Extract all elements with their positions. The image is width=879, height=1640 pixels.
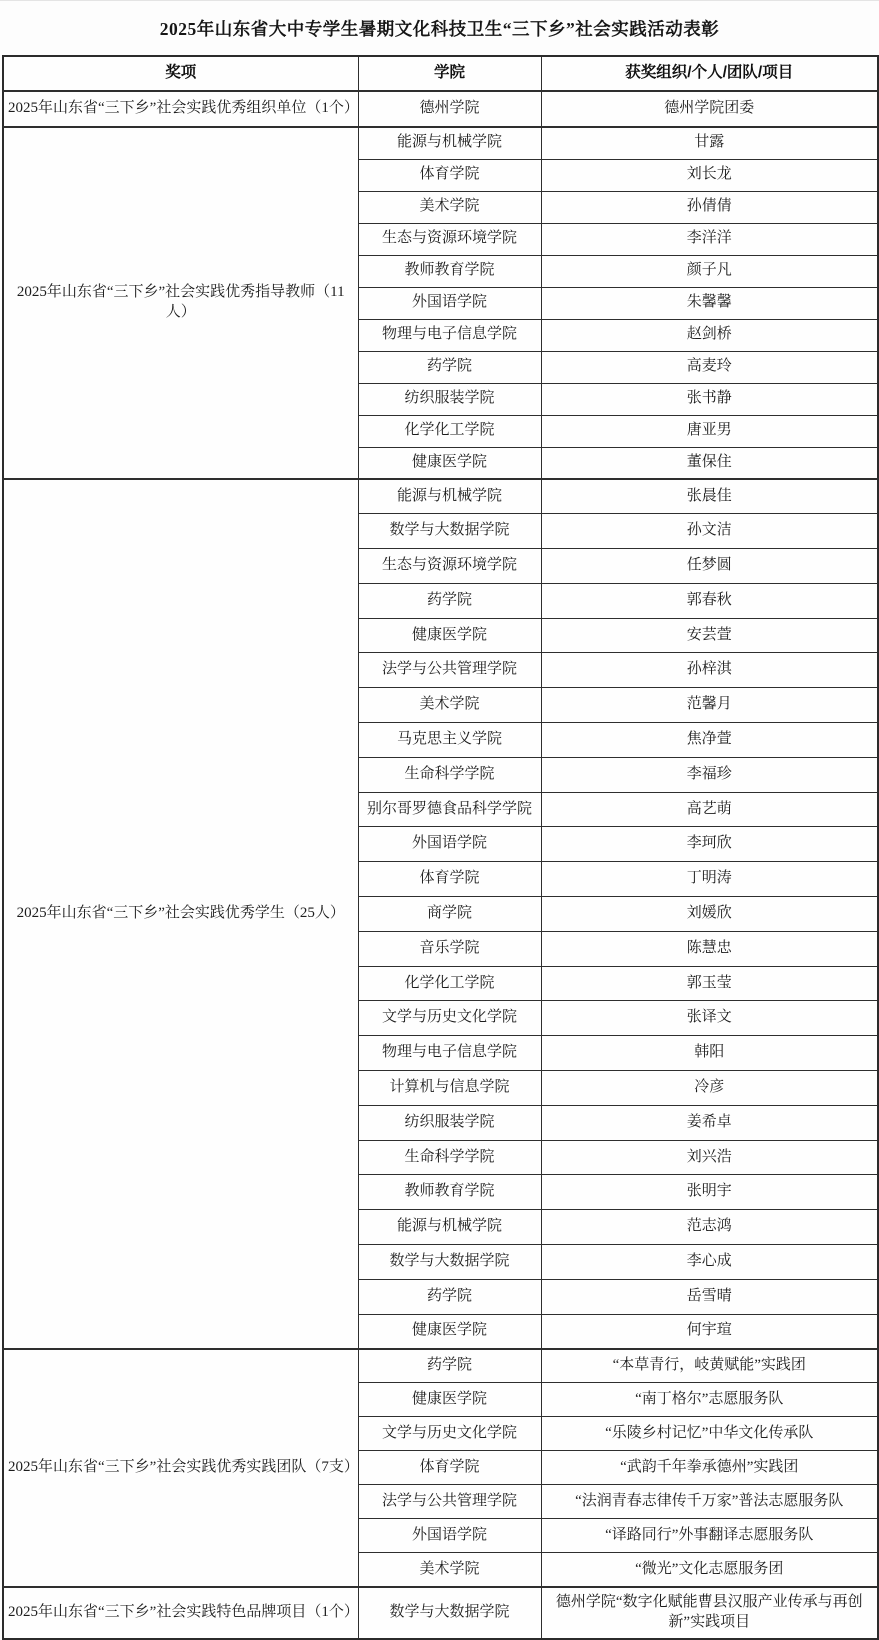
winner-cell: 张书静 bbox=[541, 383, 878, 415]
award-cell: 2025年山东省“三下乡”社会实践优秀实践团队（7支） bbox=[3, 1349, 358, 1587]
winner-cell: “南丁格尔”志愿服务队 bbox=[541, 1383, 878, 1417]
college-cell: 计算机与信息学院 bbox=[358, 1071, 541, 1106]
college-cell: 纺织服装学院 bbox=[358, 383, 541, 415]
college-cell: 药学院 bbox=[358, 1279, 541, 1314]
winner-cell: 唐亚男 bbox=[541, 415, 878, 447]
winner-cell: 郭春秋 bbox=[541, 583, 878, 618]
winner-cell: 颜子凡 bbox=[541, 255, 878, 287]
college-cell: 物理与电子信息学院 bbox=[358, 319, 541, 351]
college-cell: 药学院 bbox=[358, 351, 541, 383]
winner-cell: 韩阳 bbox=[541, 1036, 878, 1071]
college-cell: 健康医学院 bbox=[358, 618, 541, 653]
winner-cell: 德州学院团委 bbox=[541, 91, 878, 127]
winner-cell: “武韵千年拳承德州”实践团 bbox=[541, 1451, 878, 1485]
winner-cell: 郭玉莹 bbox=[541, 966, 878, 1001]
winner-cell: 何宇瑄 bbox=[541, 1314, 878, 1349]
header-winner: 获奖组织/个人/团队/项目 bbox=[541, 56, 878, 91]
college-cell: 音乐学院 bbox=[358, 931, 541, 966]
college-cell: 美术学院 bbox=[358, 688, 541, 723]
table-row: 2025年山东省“三下乡”社会实践优秀学生（25人）能源与机械学院张晨佳 bbox=[3, 479, 878, 514]
college-cell: 法学与公共管理学院 bbox=[358, 653, 541, 688]
winner-cell: 岳雪晴 bbox=[541, 1279, 878, 1314]
winner-cell: 刘媛欣 bbox=[541, 897, 878, 932]
college-cell: 商学院 bbox=[358, 897, 541, 932]
awards-document: 2025年山东省大中专学生暑期文化科技卫生“三下乡”社会实践活动表彰 奖项 学院… bbox=[0, 0, 879, 1640]
college-cell: 生态与资源环境学院 bbox=[358, 549, 541, 584]
college-cell: 美术学院 bbox=[358, 1553, 541, 1587]
winner-cell: 高麦玲 bbox=[541, 351, 878, 383]
awards-table: 奖项 学院 获奖组织/个人/团队/项目 2025年山东省“三下乡”社会实践优秀组… bbox=[2, 55, 879, 1640]
college-cell: 外国语学院 bbox=[358, 1519, 541, 1553]
winner-cell: 丁明涛 bbox=[541, 862, 878, 897]
college-cell: 教师教育学院 bbox=[358, 255, 541, 287]
table-row: 2025年山东省“三下乡”社会实践优秀指导教师（11人）能源与机械学院甘露 bbox=[3, 127, 878, 159]
college-cell: 教师教育学院 bbox=[358, 1175, 541, 1210]
winner-cell: 刘长龙 bbox=[541, 159, 878, 191]
winner-cell: “微光”文化志愿服务团 bbox=[541, 1553, 878, 1587]
winner-cell: 赵剑桥 bbox=[541, 319, 878, 351]
winner-cell: 孙倩倩 bbox=[541, 191, 878, 223]
college-cell: 健康医学院 bbox=[358, 1383, 541, 1417]
college-cell: 体育学院 bbox=[358, 159, 541, 191]
table-row: 2025年山东省“三下乡”社会实践特色品牌项目（1个）数学与大数据学院德州学院“… bbox=[3, 1587, 878, 1639]
college-cell: 能源与机械学院 bbox=[358, 127, 541, 159]
winner-cell: 李洋洋 bbox=[541, 223, 878, 255]
college-cell: 体育学院 bbox=[358, 862, 541, 897]
winner-cell: 冷彦 bbox=[541, 1071, 878, 1106]
winner-cell: 李珂欣 bbox=[541, 827, 878, 862]
winner-cell: “译路同行”外事翻译志愿服务队 bbox=[541, 1519, 878, 1553]
college-cell: 生命科学学院 bbox=[358, 1140, 541, 1175]
award-cell: 2025年山东省“三下乡”社会实践优秀学生（25人） bbox=[3, 479, 358, 1349]
winner-cell: 姜希卓 bbox=[541, 1105, 878, 1140]
winner-cell: 李福珍 bbox=[541, 757, 878, 792]
winner-cell: 陈慧忠 bbox=[541, 931, 878, 966]
winner-cell: 张晨佳 bbox=[541, 479, 878, 514]
college-cell: 能源与机械学院 bbox=[358, 1210, 541, 1245]
college-cell: 体育学院 bbox=[358, 1451, 541, 1485]
winner-cell: 董保住 bbox=[541, 447, 878, 479]
table-row: 2025年山东省“三下乡”社会实践优秀实践团队（7支）药学院“本草青行，岐黄赋能… bbox=[3, 1349, 878, 1383]
college-cell: 数学与大数据学院 bbox=[358, 1245, 541, 1280]
college-cell: 马克思主义学院 bbox=[358, 723, 541, 758]
header-college: 学院 bbox=[358, 56, 541, 91]
college-cell: 数学与大数据学院 bbox=[358, 514, 541, 549]
college-cell: 健康医学院 bbox=[358, 1314, 541, 1349]
award-cell: 2025年山东省“三下乡”社会实践优秀组织单位（1个） bbox=[3, 91, 358, 127]
college-cell: 数学与大数据学院 bbox=[358, 1587, 541, 1639]
winner-cell: 甘露 bbox=[541, 127, 878, 159]
college-cell: 德州学院 bbox=[358, 91, 541, 127]
college-cell: 生态与资源环境学院 bbox=[358, 223, 541, 255]
college-cell: 外国语学院 bbox=[358, 287, 541, 319]
winner-cell: 高艺萌 bbox=[541, 792, 878, 827]
winner-cell: 李心成 bbox=[541, 1245, 878, 1280]
college-cell: 美术学院 bbox=[358, 191, 541, 223]
table-header-row: 奖项 学院 获奖组织/个人/团队/项目 bbox=[3, 56, 878, 91]
award-cell: 2025年山东省“三下乡”社会实践特色品牌项目（1个） bbox=[3, 1587, 358, 1639]
winner-cell: 朱馨馨 bbox=[541, 287, 878, 319]
college-cell: 药学院 bbox=[358, 1349, 541, 1383]
college-cell: 化学化工学院 bbox=[358, 966, 541, 1001]
college-cell: 文学与历史文化学院 bbox=[358, 1001, 541, 1036]
winner-cell: 德州学院“数字化赋能曹县汉服产业传承与再创新”实践项目 bbox=[541, 1587, 878, 1639]
college-cell: 纺织服装学院 bbox=[358, 1105, 541, 1140]
winner-cell: 孙梓淇 bbox=[541, 653, 878, 688]
college-cell: 生命科学学院 bbox=[358, 757, 541, 792]
college-cell: 药学院 bbox=[358, 583, 541, 618]
winner-cell: “法润青春志律传千万家”普法志愿服务队 bbox=[541, 1485, 878, 1519]
college-cell: 法学与公共管理学院 bbox=[358, 1485, 541, 1519]
winner-cell: 任梦圆 bbox=[541, 549, 878, 584]
winner-cell: “乐陵乡村记忆”中华文化传承队 bbox=[541, 1417, 878, 1451]
college-cell: 化学化工学院 bbox=[358, 415, 541, 447]
college-cell: 文学与历史文化学院 bbox=[358, 1417, 541, 1451]
winner-cell: 范馨月 bbox=[541, 688, 878, 723]
table-row: 2025年山东省“三下乡”社会实践优秀组织单位（1个）德州学院德州学院团委 bbox=[3, 91, 878, 127]
college-cell: 别尔哥罗德食品科学学院 bbox=[358, 792, 541, 827]
awards-table-body: 2025年山东省“三下乡”社会实践优秀组织单位（1个）德州学院德州学院团委202… bbox=[3, 91, 878, 1639]
college-cell: 物理与电子信息学院 bbox=[358, 1036, 541, 1071]
college-cell: 健康医学院 bbox=[358, 447, 541, 479]
winner-cell: 焦净萱 bbox=[541, 723, 878, 758]
winner-cell: 刘兴浩 bbox=[541, 1140, 878, 1175]
winner-cell: 孙文洁 bbox=[541, 514, 878, 549]
college-cell: 外国语学院 bbox=[358, 827, 541, 862]
header-award: 奖项 bbox=[3, 56, 358, 91]
winner-cell: 安芸萱 bbox=[541, 618, 878, 653]
page-title: 2025年山东省大中专学生暑期文化科技卫生“三下乡”社会实践活动表彰 bbox=[2, 1, 877, 55]
winner-cell: 张明宇 bbox=[541, 1175, 878, 1210]
winner-cell: 张译文 bbox=[541, 1001, 878, 1036]
award-cell: 2025年山东省“三下乡”社会实践优秀指导教师（11人） bbox=[3, 127, 358, 479]
college-cell: 能源与机械学院 bbox=[358, 479, 541, 514]
winner-cell: “本草青行，岐黄赋能”实践团 bbox=[541, 1349, 878, 1383]
winner-cell: 范志鸿 bbox=[541, 1210, 878, 1245]
